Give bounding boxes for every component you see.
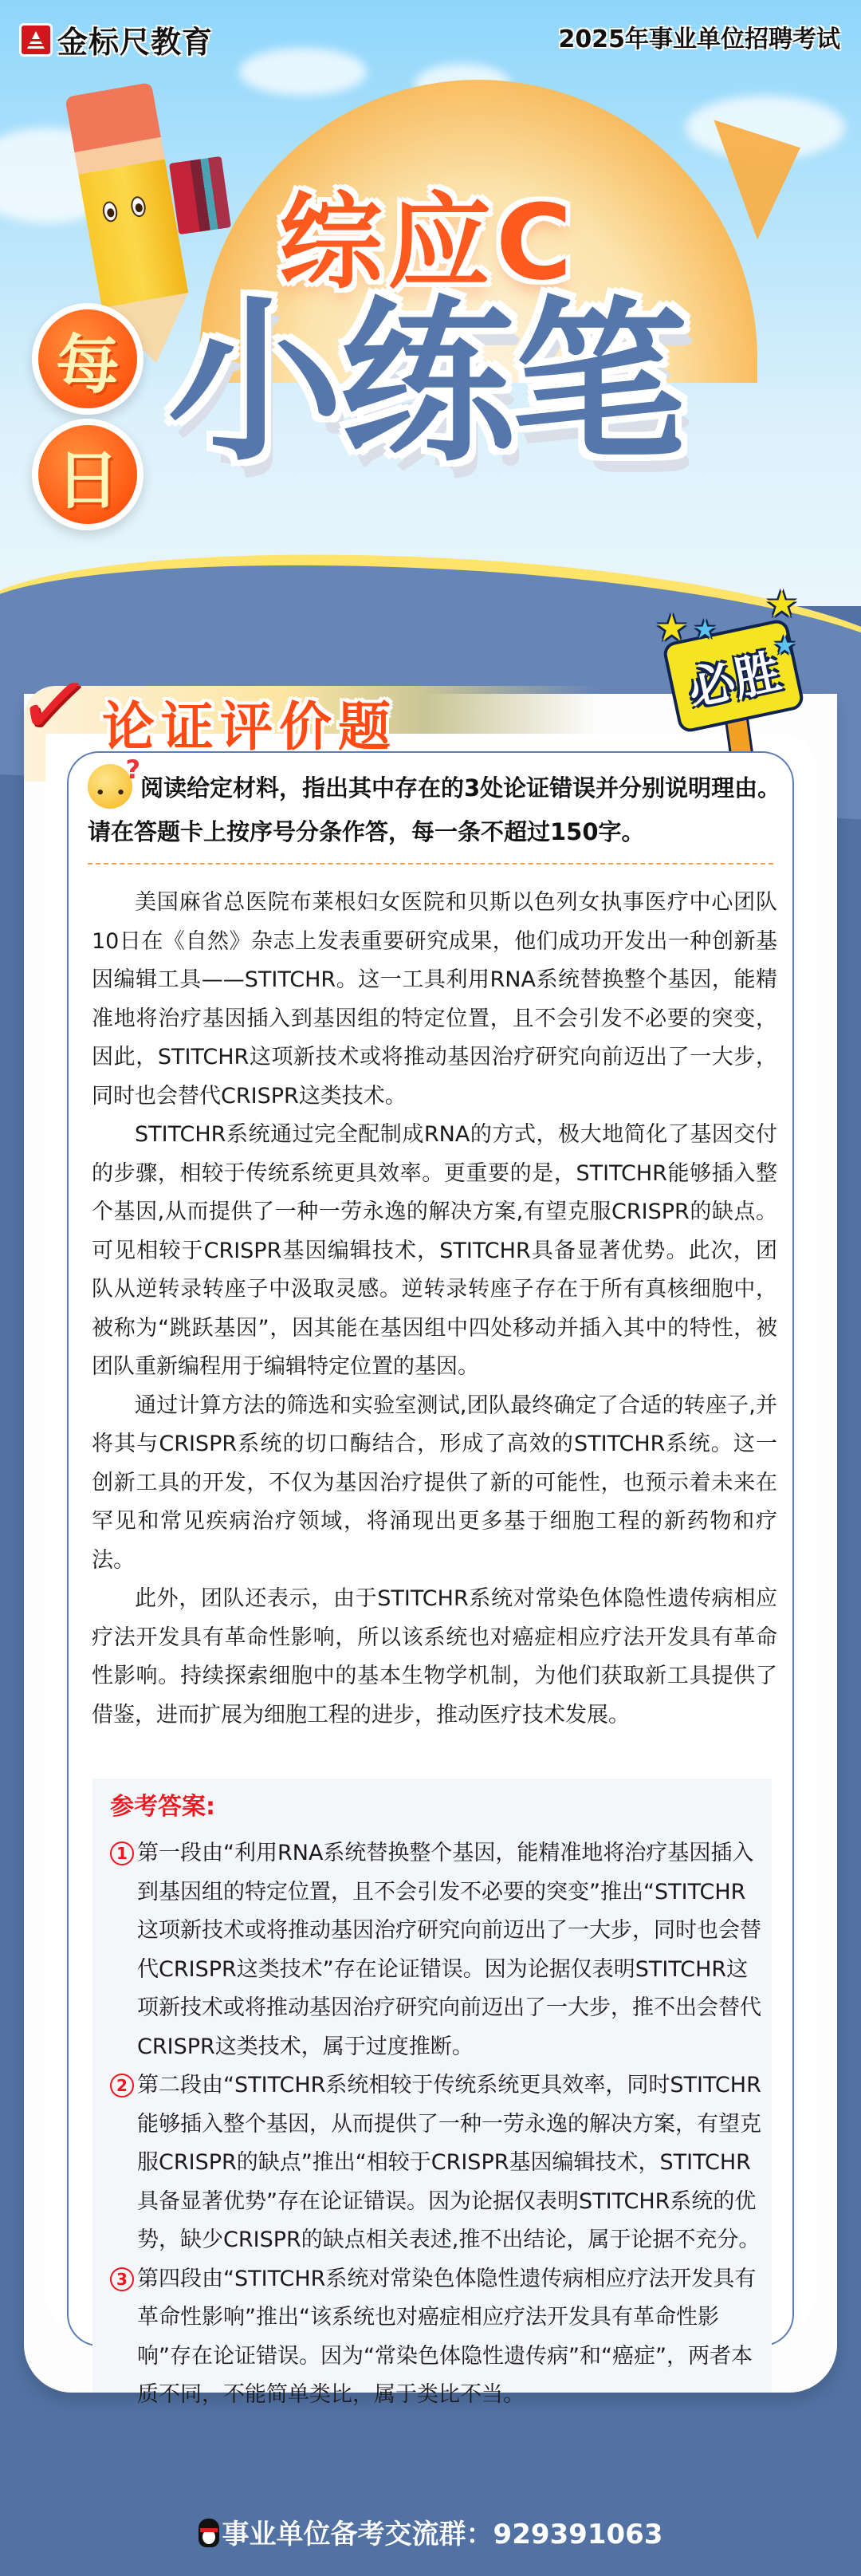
daily-badge-bottom: 日 [32,419,143,530]
brand-name: 金标尺教育 [57,18,213,61]
daily-badge-top: 每 [32,303,143,415]
answer-item: 1 第一段由“利用RNA系统替换整个基因，能精准地将治疗基因插入到基因组的特定位… [110,1834,764,2066]
sign-text: 必胜 [682,633,786,718]
answer-list: 1 第一段由“利用RNA系统替换整个基因，能精准地将治疗基因插入到基因组的特定位… [110,1834,764,2415]
main-title: 小练笔 [167,295,684,471]
footer-text[interactable]: 事业单位备考交流群：929391063 [222,2519,663,2550]
material-text: 美国麻省总医院布莱根妇女医院和贝斯以色列女执事医疗中心团队10日在《自然》杂志上… [92,884,777,1735]
answer-title: 参考答案: [110,1786,215,1822]
answer-text: 第二段由“STITCHR系统相较于传统系统更具效率，同时STITCHR能够插入整… [137,2066,764,2260]
answer-item: 3 第四段由“STITCHR系统对常染色体隐性遗传病相应疗法开发具有革命性影响”… [110,2260,764,2415]
cloud-decoration [239,48,367,96]
star-icon: ★ [694,614,717,644]
question-text: 阅读给定材料，指出其中存在的3处论证错误并分别说明理由。请在答题卡上按序号分条作… [88,774,780,845]
star-icon: ★ [765,582,798,625]
books-icon [169,156,231,234]
tower-logo-icon [19,23,53,57]
material-paragraph: STITCHR系统通过完全配制成RNA的方式，极大地简化了基因交付的步骤，相较于… [92,1116,777,1387]
star-icon: ★ [655,606,688,649]
dashed-divider [88,863,773,865]
answer-item: 2 第二段由“STITCHR系统相较于传统系统更具效率，同时STITCHR能够插… [110,2066,764,2260]
section-title: 论证评价题 [102,684,397,760]
material-paragraph: 此外，团队还表示，由于STITCHR系统对常染色体隐性遗传病相应疗法开发具有革命… [92,1580,777,1735]
answer-number: 3 [110,2267,134,2291]
answer-text: 第四段由“STITCHR系统对常染色体隐性遗传病相应疗法开发具有革命性影响”推出… [137,2260,764,2415]
exam-title: 2025年事业单位招聘考试 [559,19,841,54]
question-prompt: 阅读给定材料，指出其中存在的3处论证错误并分别说明理由。请在答题卡上按序号分条作… [88,767,781,852]
answer-number: 2 [110,2074,134,2097]
qq-penguin-icon [199,2519,219,2547]
answer-text: 第一段由“利用RNA系统替换整个基因，能精准地将治疗基因插入到基因组的特定位置，… [137,1834,764,2066]
answer-number: 1 [110,1841,134,1865]
material-paragraph: 通过计算方法的筛选和实验室测试,团队最终确定了合适的转座子,并将其与CRISPR… [92,1387,777,1581]
material-paragraph: 美国麻省总医院布莱根妇女医院和贝斯以色列女执事医疗中心团队10日在《自然》杂志上… [92,884,777,1116]
brand-logo: 金标尺教育 [19,18,213,61]
star-icon: ★ [773,630,796,660]
thinking-emoji-icon [88,764,132,809]
footer-group-info: 事业单位备考交流群：929391063 [0,2512,861,2551]
hero-banner: 金标尺教育 2025年事业单位招聘考试 综应C 每 日 小练笔 [0,0,861,606]
check-mark-icon: ✓ [11,649,98,761]
